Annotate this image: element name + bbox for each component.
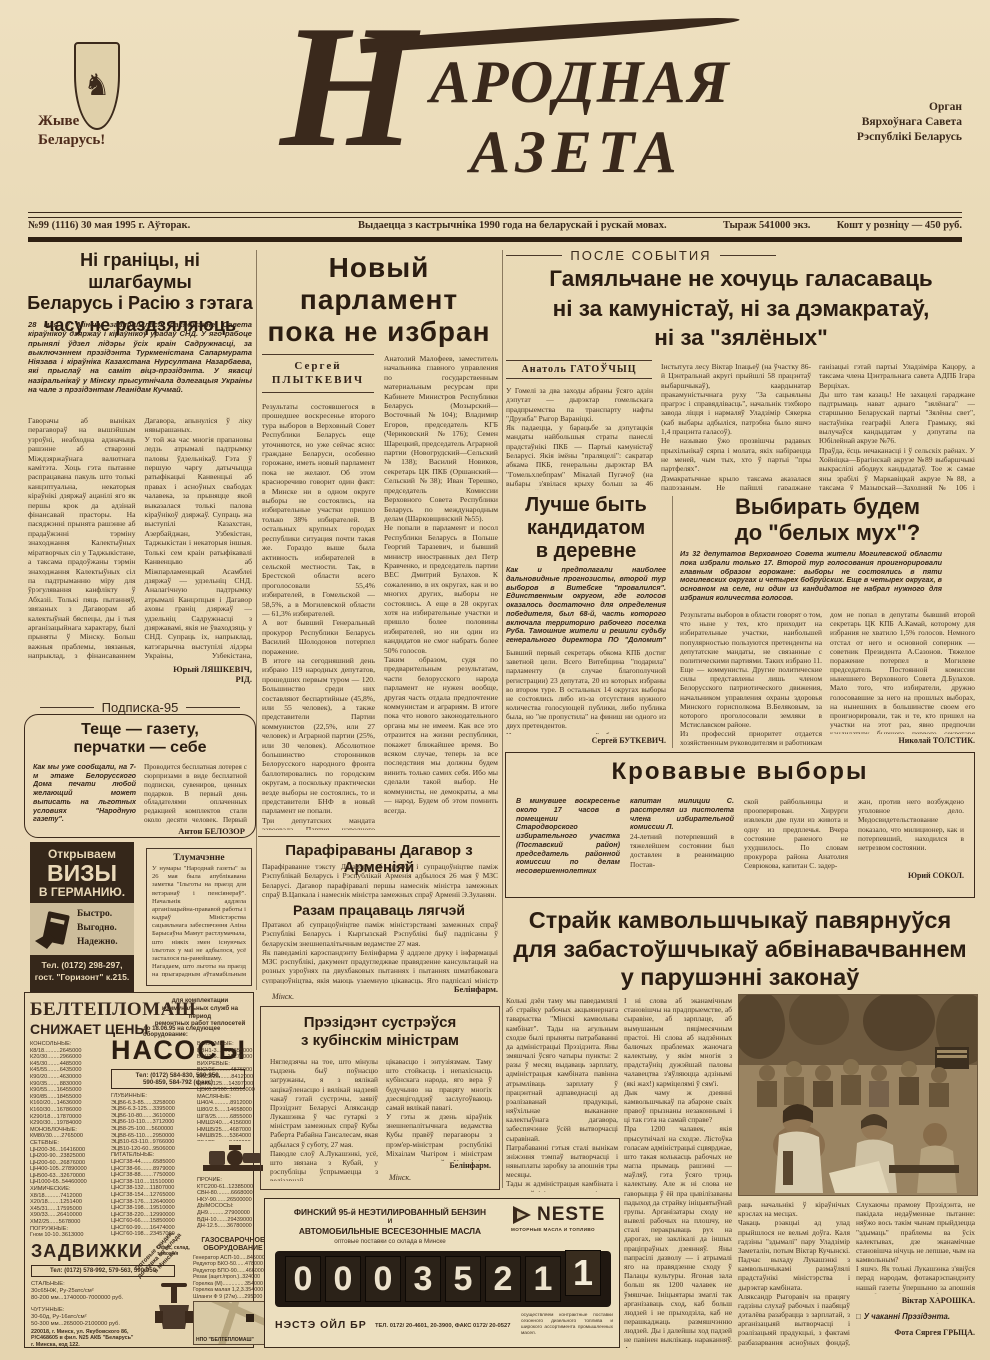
visa-bullet: Надежно.	[77, 936, 134, 950]
photo-credit: Фота Сяргея ГРЫЦА.	[855, 1328, 975, 1337]
belteplomash-address: 220018, г. Минск, ул. Якубовского 86, Р/…	[31, 1329, 181, 1348]
neste-line4: оптовые поставки со склада в Минске	[265, 1238, 515, 1245]
bloody-lead1: В минувшее воскресенье около 17 часов в …	[516, 797, 620, 889]
gas-equipment-title: ГАЗОСВАРОЧНОЕ ОБОРУДОВАНИЕ	[193, 1237, 273, 1254]
village-body: Бывший первый секретарь обкома КПБ дости…	[506, 648, 666, 734]
neste-tel: ТЕЛ. 0172/ 20-4601, 20-3900, ФАКС 0172/ …	[375, 1323, 510, 1329]
explanation-body: У нумары "Народнай газеты" за 26 мая был…	[152, 865, 246, 977]
retail-price: Кошт у розніцу — 450 руб.	[837, 220, 962, 231]
village-title: Лучше быть кандидатом в деревне	[505, 494, 667, 563]
subscription-columns: Как мы уже сообщали, на 7-м этаже Белору…	[33, 763, 247, 825]
strike-signature: Віктар ХАРОШКА.	[855, 1296, 975, 1305]
neste-brand-sub: МОТОРНЫЕ МАСЛА И ТОПЛИВО	[511, 1227, 611, 1232]
kicker-rule	[506, 255, 562, 256]
kicker-rule	[720, 255, 776, 256]
thick-rule	[28, 237, 962, 242]
cuba-title: Прэзідэнт сустрэўся з кубінскім міністра…	[261, 1014, 499, 1050]
odometer-digit: 1	[565, 1250, 601, 1296]
parliament-col2: Анатолий Малофеев, заместитель начальник…	[384, 354, 498, 830]
neste-line1: ФИНСКИЙ 95-й НЕЭТИЛИРОВАННЫЙ БЕНЗИН	[265, 1207, 515, 1217]
valves-iron: ЧУГУННЫЕ: 30-60д, Ру-16атс/см² 50-300 мм…	[31, 1307, 151, 1328]
bloody-signature: Юрий СОКОЛ.	[858, 871, 964, 880]
kicker-rule	[40, 707, 94, 708]
masthead: Жыве Беларусь! ♞ Н АРОДНАЯ АЗЕТА Орган В…	[0, 0, 990, 212]
visa-ad-line1: Открываем	[30, 847, 134, 861]
double-rule	[28, 212, 962, 218]
bloody-col3: ской райбольницы и прооперирован. Хирург…	[744, 797, 848, 889]
gomel-byline: Анатоль ГАТОЎЧЫЦ	[506, 360, 652, 379]
visa-ad-line3: В ГЕРМАНИЮ.	[30, 885, 134, 899]
visa-ad-image-band: Быстро. Выгодно. Надежно.	[30, 903, 134, 955]
bloody-col2: капитан милиции С. расстрелял из пистоле…	[630, 797, 734, 889]
gas-equipment-items: Генератор АСП-10.....845000 Редуктор БКО…	[193, 1255, 273, 1299]
bloody-col2-body: 24-летний потерпевший в тяжелейшем состо…	[630, 832, 734, 869]
whiteflies-col2: дом не попал в депутаты бывший второй се…	[830, 610, 975, 734]
village-lead: Как и предполагали наиболее дальновидные…	[506, 566, 666, 644]
neste-triangle-icon	[511, 1204, 533, 1226]
neste-company: НЭСТЭ ОЙЛ БР	[275, 1319, 367, 1331]
neste-brand: NESTE	[537, 1204, 605, 1225]
gomel-col3: ганізацыі гэтай партыі Уладзіміра Кацору…	[819, 362, 975, 490]
photo-caption: У чаканні Прэзідэнта.	[864, 1312, 950, 1321]
visa-ad-phone: Тел. (0172) 298-297, гост. "Горизонт" к.…	[30, 960, 134, 983]
neste-ad: ФИНСКИЙ 95-й НЕЭТИЛИРОВАННЫЙ БЕНЗИН И АВ…	[264, 1198, 620, 1348]
strike-title: Страйк камвольшчыкаў павярнуўся для заба…	[505, 906, 975, 992]
newspaper-logo: Н АРОДНАЯ АЗЕТА	[240, 0, 760, 205]
newspaper-page: Жыве Беларусь! ♞ Н АРОДНАЯ АЗЕТА Орган В…	[0, 0, 990, 1360]
checkbox-icon: □	[856, 1312, 861, 1321]
pahonia-knight-icon: ♞	[84, 71, 111, 101]
gomel-col1: У Гомелі за два заходы абраны ўсяго адзі…	[506, 386, 653, 490]
visa-ad: Открываем ВИЗЫ В ГЕРМАНИЮ. Быстро. Выгод…	[30, 842, 134, 992]
explanation-title: Тлумачэнне	[152, 853, 246, 863]
whiteflies-lead: Из 32 депутатов Верховного Совета жители…	[680, 550, 942, 606]
bloody-col4: жан, против него возбуждено уголовное де…	[858, 797, 964, 889]
gomel-col2: Інстытута лесу Віктар Іпацьеў (на ўчастк…	[661, 362, 811, 490]
valves-phone: Тел: (0172) 578-992, 579-563, 590-950	[31, 1265, 175, 1277]
visa-bullet: Выгодно.	[77, 922, 134, 936]
odometer-digit: 0	[365, 1256, 401, 1302]
bloody-col4-body: жан, против него возбуждено уголовное де…	[858, 797, 964, 871]
cuba-col2: цікавасцю і энтузіязмам. Таму што стойка…	[386, 1057, 492, 1161]
pump-illustration	[201, 1141, 267, 1175]
parliament-byline: Сергей ПЛЫТКЕВИЧ	[262, 354, 374, 393]
gomel-kicker-label: ПОСЛЕ СОБЫТИЯ	[570, 248, 711, 263]
bloody-lead2: капитан милиции С. расстрелял из пистоле…	[630, 797, 734, 832]
strike-col3: раць начальнікі ў кіраўнічых крэслах на …	[738, 1200, 850, 1348]
passport-hand-icon	[33, 907, 77, 951]
parliament-col1: Результаты состоявшегося в прошедшее вос…	[262, 402, 375, 830]
together-signature: Белінфарм.	[360, 984, 498, 994]
logo-big-letter: Н	[280, 0, 416, 187]
strike-col1: Колькі дзён таму мы паведамлялі аб страй…	[506, 996, 618, 1192]
whiteflies-signature: Николай ТОЛСТИК.	[855, 736, 975, 745]
odometer-digit: 5	[445, 1256, 481, 1302]
strike-col2: І ні слова аб эканамічным становішчы на …	[624, 996, 732, 1348]
odometer-digit: 3	[405, 1256, 441, 1302]
article-borders-signature: Юрый ЛЯШКЕВІЧ, РІД.	[120, 664, 252, 684]
together-place: Мінск.	[272, 992, 294, 1001]
logo-line1: АРОДНАЯ	[430, 48, 731, 117]
bloody-box: Кровавые выборы В минувшее воскресенье о…	[505, 752, 975, 898]
organ-label: Орган Вярхоўнага Савета Рэспублікі Белар…	[812, 100, 962, 145]
village-signature: Сергей БУТКЕВИЧ.	[546, 736, 666, 745]
neste-logo: NESTE МОТОРНЫЕ МАСЛА И ТОПЛИВО	[511, 1204, 611, 1232]
column-rule	[256, 250, 257, 990]
together-body: Пратакол аб супрацоўніцтве паміж міністэ…	[262, 920, 498, 984]
visa-ad-bullets: Быстро. Выгодно. Надежно.	[77, 908, 134, 949]
explanation-box: Тлумачэнне У нумары "Народнай газеты" за…	[146, 848, 252, 986]
article-borders-lead: 28 мая ў Мінску завяршылася пасяджэнне С…	[28, 320, 252, 412]
subscription-box: Теще — газету, перчатки — себе Как мы уж…	[24, 714, 256, 838]
belteplomash-purpose: для комплектации коммунальных служб на п…	[150, 997, 250, 1028]
gomel-kicker: ПОСЛЕ СОБЫТИЯ	[506, 248, 776, 263]
odometer-digit: 1	[525, 1256, 561, 1302]
subscription-kicker-label: Подписка-95	[102, 700, 179, 715]
visa-ad-line2: ВИЗЫ	[30, 861, 134, 885]
cuba-signature: Белінфарм.	[391, 1161, 491, 1170]
subscription-kicker: Подписка-95	[40, 700, 240, 715]
subscription-signature: Антон БЕЛОЗОР	[25, 826, 245, 836]
visa-bullet: Быстро.	[77, 908, 134, 922]
kicker-rule	[186, 707, 240, 708]
map-marker	[246, 1314, 254, 1322]
crowd-photo	[738, 994, 978, 1196]
parliament-title: Новый парламент пока не избран	[260, 252, 498, 348]
gomel-title: Гамяльчане не хочуць галасаваць ні за ка…	[506, 264, 976, 353]
column-rule	[672, 496, 673, 748]
valves-title: ЗАДВИЖКИ	[31, 1241, 143, 1262]
column-rule	[502, 250, 503, 1188]
subscription-body: Проводится бесплатная лотерея с сюрприза…	[144, 763, 247, 825]
publication-info: Выдаецца з кастрычніка 1990 года на бела…	[358, 220, 667, 231]
neste-line2: И	[265, 1218, 515, 1225]
odometer-digit: 0	[325, 1256, 361, 1302]
location-map: НПО "БЕЛТЕПЛОМАШ"	[193, 1301, 275, 1345]
valves-steel: СТАЛЬНЫЕ: 30с65НЖ, Ру-25атс/см² 80-200 м…	[31, 1281, 151, 1302]
subscription-title: Теще — газету, перчатки — себе	[25, 721, 255, 758]
logo-line2: АЗЕТА	[470, 118, 683, 187]
cuba-col1: Нягледзячы на тое, што мінулы тыдзень бы…	[270, 1057, 378, 1181]
article-borders-body: Гаворачы аб выніках перагавораў на вышэй…	[28, 416, 252, 662]
neste-note: осуществляем контрактные поставки сезонн…	[521, 1313, 613, 1337]
issue-number: №99 (1116) 30 мая 1995 г. Аўторак.	[28, 220, 190, 231]
subscription-lead: Как мы уже сообщали, на 7-м этаже Белору…	[33, 763, 136, 824]
neste-odometer: 0 0 0 3 5 2 1 1	[275, 1251, 611, 1307]
whiteflies-title: Выбирать будем до "белых мух"?	[680, 494, 975, 547]
neste-line3: АВТОМОБИЛЬНЫЕ ВСЕСЕЗОННЫЕ МАСЛА	[265, 1226, 515, 1236]
belteplomash-ad: БЕЛТЕПЛОМАШ для комплектации коммунальны…	[24, 992, 254, 1348]
cuba-place: Мінск.	[389, 1173, 411, 1182]
section-rule	[258, 836, 500, 837]
whiteflies-col1: Результаты выборов в области говорят о т…	[680, 610, 822, 746]
valve-illustration	[155, 1283, 193, 1335]
armenia-body: Парафіраванне тэксту Дагавора аб дружбе …	[262, 862, 498, 900]
cuba-box: Прэзідэнт сустрэўся з кубінскім міністра…	[260, 1006, 500, 1190]
pump-price-col1: КОНСОЛЬНЫЕ: К8/18..........2645000 К20/3…	[30, 1041, 104, 1237]
together-title: Разам працаваць лягчэй	[258, 902, 500, 918]
pump-price-col2: ГЛУБИННЫЕ: ЭЦВ6-6.3-85......3258000 ЭЦВ6…	[111, 1093, 191, 1237]
map-label: НПО "БЕЛТЕПЛОМАШ"	[196, 1337, 254, 1343]
circulation: Тыраж 541000 экз.	[723, 220, 810, 231]
bloody-title: Кровавые выборы	[506, 758, 974, 786]
photo-caption-row: □У чаканні Прэзідэнта.	[856, 1312, 975, 1321]
strike-col4: Слухаючы прамову Прэзідэнта, не пакідала…	[856, 1200, 975, 1294]
dateline-row: №99 (1116) 30 мая 1995 г. Аўторак. Выдае…	[28, 220, 962, 234]
odometer-digit: 0	[285, 1256, 321, 1302]
odometer-digit: 2	[485, 1256, 521, 1302]
office-note: Офис, склад, таможня	[157, 1245, 197, 1257]
